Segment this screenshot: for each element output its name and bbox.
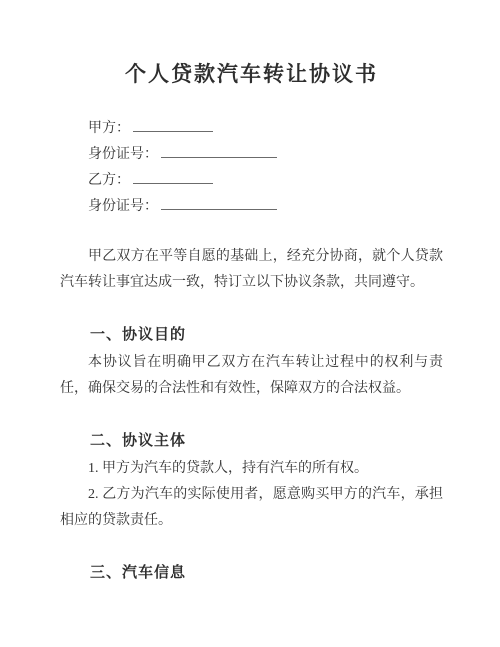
- party-fields: 甲方： 身份证号： 乙方： 身份证号：: [60, 116, 443, 220]
- document-page: 个人贷款汽车转让协议书 甲方： 身份证号： 乙方： 身份证号： 甲乙双方在平等自…: [0, 0, 500, 647]
- section-purpose-paragraph: 本协议旨在明确甲乙双方在汽车转让过程中的权利与责任，确保交易的合法性和有效性，保…: [60, 350, 443, 402]
- party-b-label: 乙方：: [88, 173, 130, 188]
- section-heading-car-info: 三、汽车信息: [60, 560, 443, 586]
- party-b-blank: [133, 169, 213, 184]
- party-b-id-blank: [161, 195, 277, 210]
- intro-paragraph: 甲乙双方在平等自愿的基础上，经充分协商，就个人贷款汽车转让事宜达成一致，特订立以…: [60, 244, 443, 296]
- party-b-id-label: 身份证号：: [88, 199, 158, 214]
- field-row-party-b: 乙方：: [60, 168, 443, 194]
- field-row-party-a-id: 身份证号：: [60, 142, 443, 168]
- section-parties-item-1: 1. 甲方为汽车的贷款人，持有汽车的所有权。: [60, 456, 443, 482]
- document-content: 个人贷款汽车转让协议书 甲方： 身份证号： 乙方： 身份证号： 甲乙双方在平等自…: [0, 0, 500, 586]
- party-a-label: 甲方：: [88, 121, 130, 136]
- field-row-party-a: 甲方：: [60, 116, 443, 142]
- section-heading-purpose: 一、协议目的: [60, 322, 443, 348]
- section-parties-item-2: 2. 乙方为汽车的实际使用者，愿意购买甲方的汽车，承担相应的贷款责任。: [60, 482, 443, 534]
- section-heading-parties: 二、协议主体: [60, 428, 443, 454]
- party-a-id-blank: [161, 143, 277, 158]
- party-a-blank: [133, 117, 213, 132]
- field-row-party-b-id: 身份证号：: [60, 194, 443, 220]
- document-title: 个人贷款汽车转让协议书: [60, 60, 443, 90]
- party-a-id-label: 身份证号：: [88, 147, 158, 162]
